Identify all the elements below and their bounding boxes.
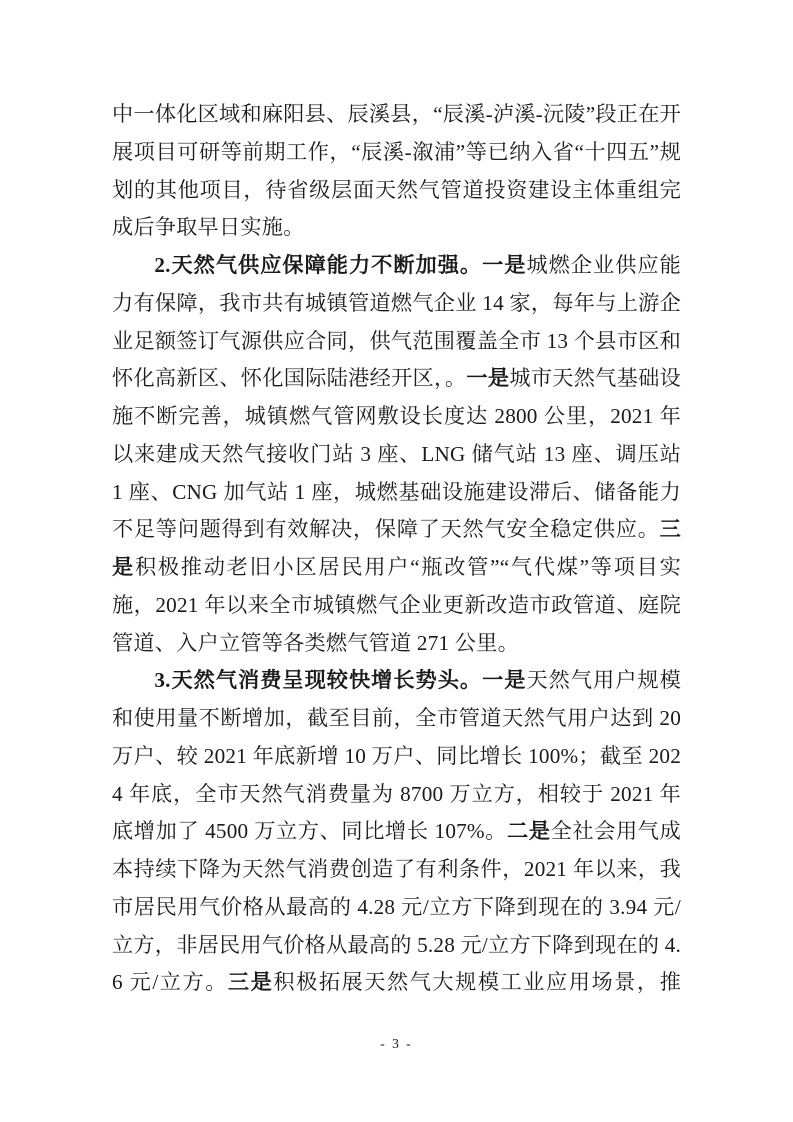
document-page: 中一体化区域和麻阳县、辰溪县，“辰溪-泸溪-沅陵”段正在开展项目可研等前期工作，…: [0, 0, 793, 1122]
bold-text-run: 一是: [466, 366, 509, 390]
document-body: 中一体化区域和麻阳县、辰溪县，“辰溪-泸溪-沅陵”段正在开展项目可研等前期工作，…: [112, 96, 681, 1002]
page-number: - 3 -: [0, 1036, 793, 1052]
bold-text-run: 三是: [228, 970, 273, 994]
text-run: 积极拓展天然气大规模工业应用场景，推: [273, 970, 681, 994]
text-run: 全社会用气成本持续下降为天然气消费创造了有利条件，2021 年以来，我市居民用气…: [112, 819, 681, 994]
text-run: 积极推动老旧小区居民用户“瓶改管”“气代煤”等项目实施，2021 年以来全市城镇…: [112, 555, 681, 655]
text-run: 天然气用户规模和使用量不断增加，截至目前，全市管道天然气用户达到 20 万户、较…: [112, 668, 681, 843]
bold-text-run: 二是: [507, 819, 551, 843]
paragraph: 2.天然气供应保障能力不断加强。一是城燃企业供应能力有保障，我市共有城镇管道燃气…: [112, 247, 681, 662]
bold-text-run: 3.天然气消费呈现较快增长势头。一是: [154, 668, 526, 692]
bold-text-run: 2.天然气供应保障能力不断加强。一是: [154, 253, 526, 277]
paragraph: 中一体化区域和麻阳县、辰溪县，“辰溪-泸溪-沅陵”段正在开展项目可研等前期工作，…: [112, 96, 681, 247]
text-run: 城市天然气基础设施不断完善，城镇燃气管网敷设长度达 2800 公里，2021 年…: [112, 366, 681, 541]
paragraph: 3.天然气消费呈现较快增长势头。一是天然气用户规模和使用量不断增加，截至目前，全…: [112, 662, 681, 1002]
text-run: 中一体化区域和麻阳县、辰溪县，“辰溪-泸溪-沅陵”段正在开展项目可研等前期工作，…: [112, 102, 681, 239]
